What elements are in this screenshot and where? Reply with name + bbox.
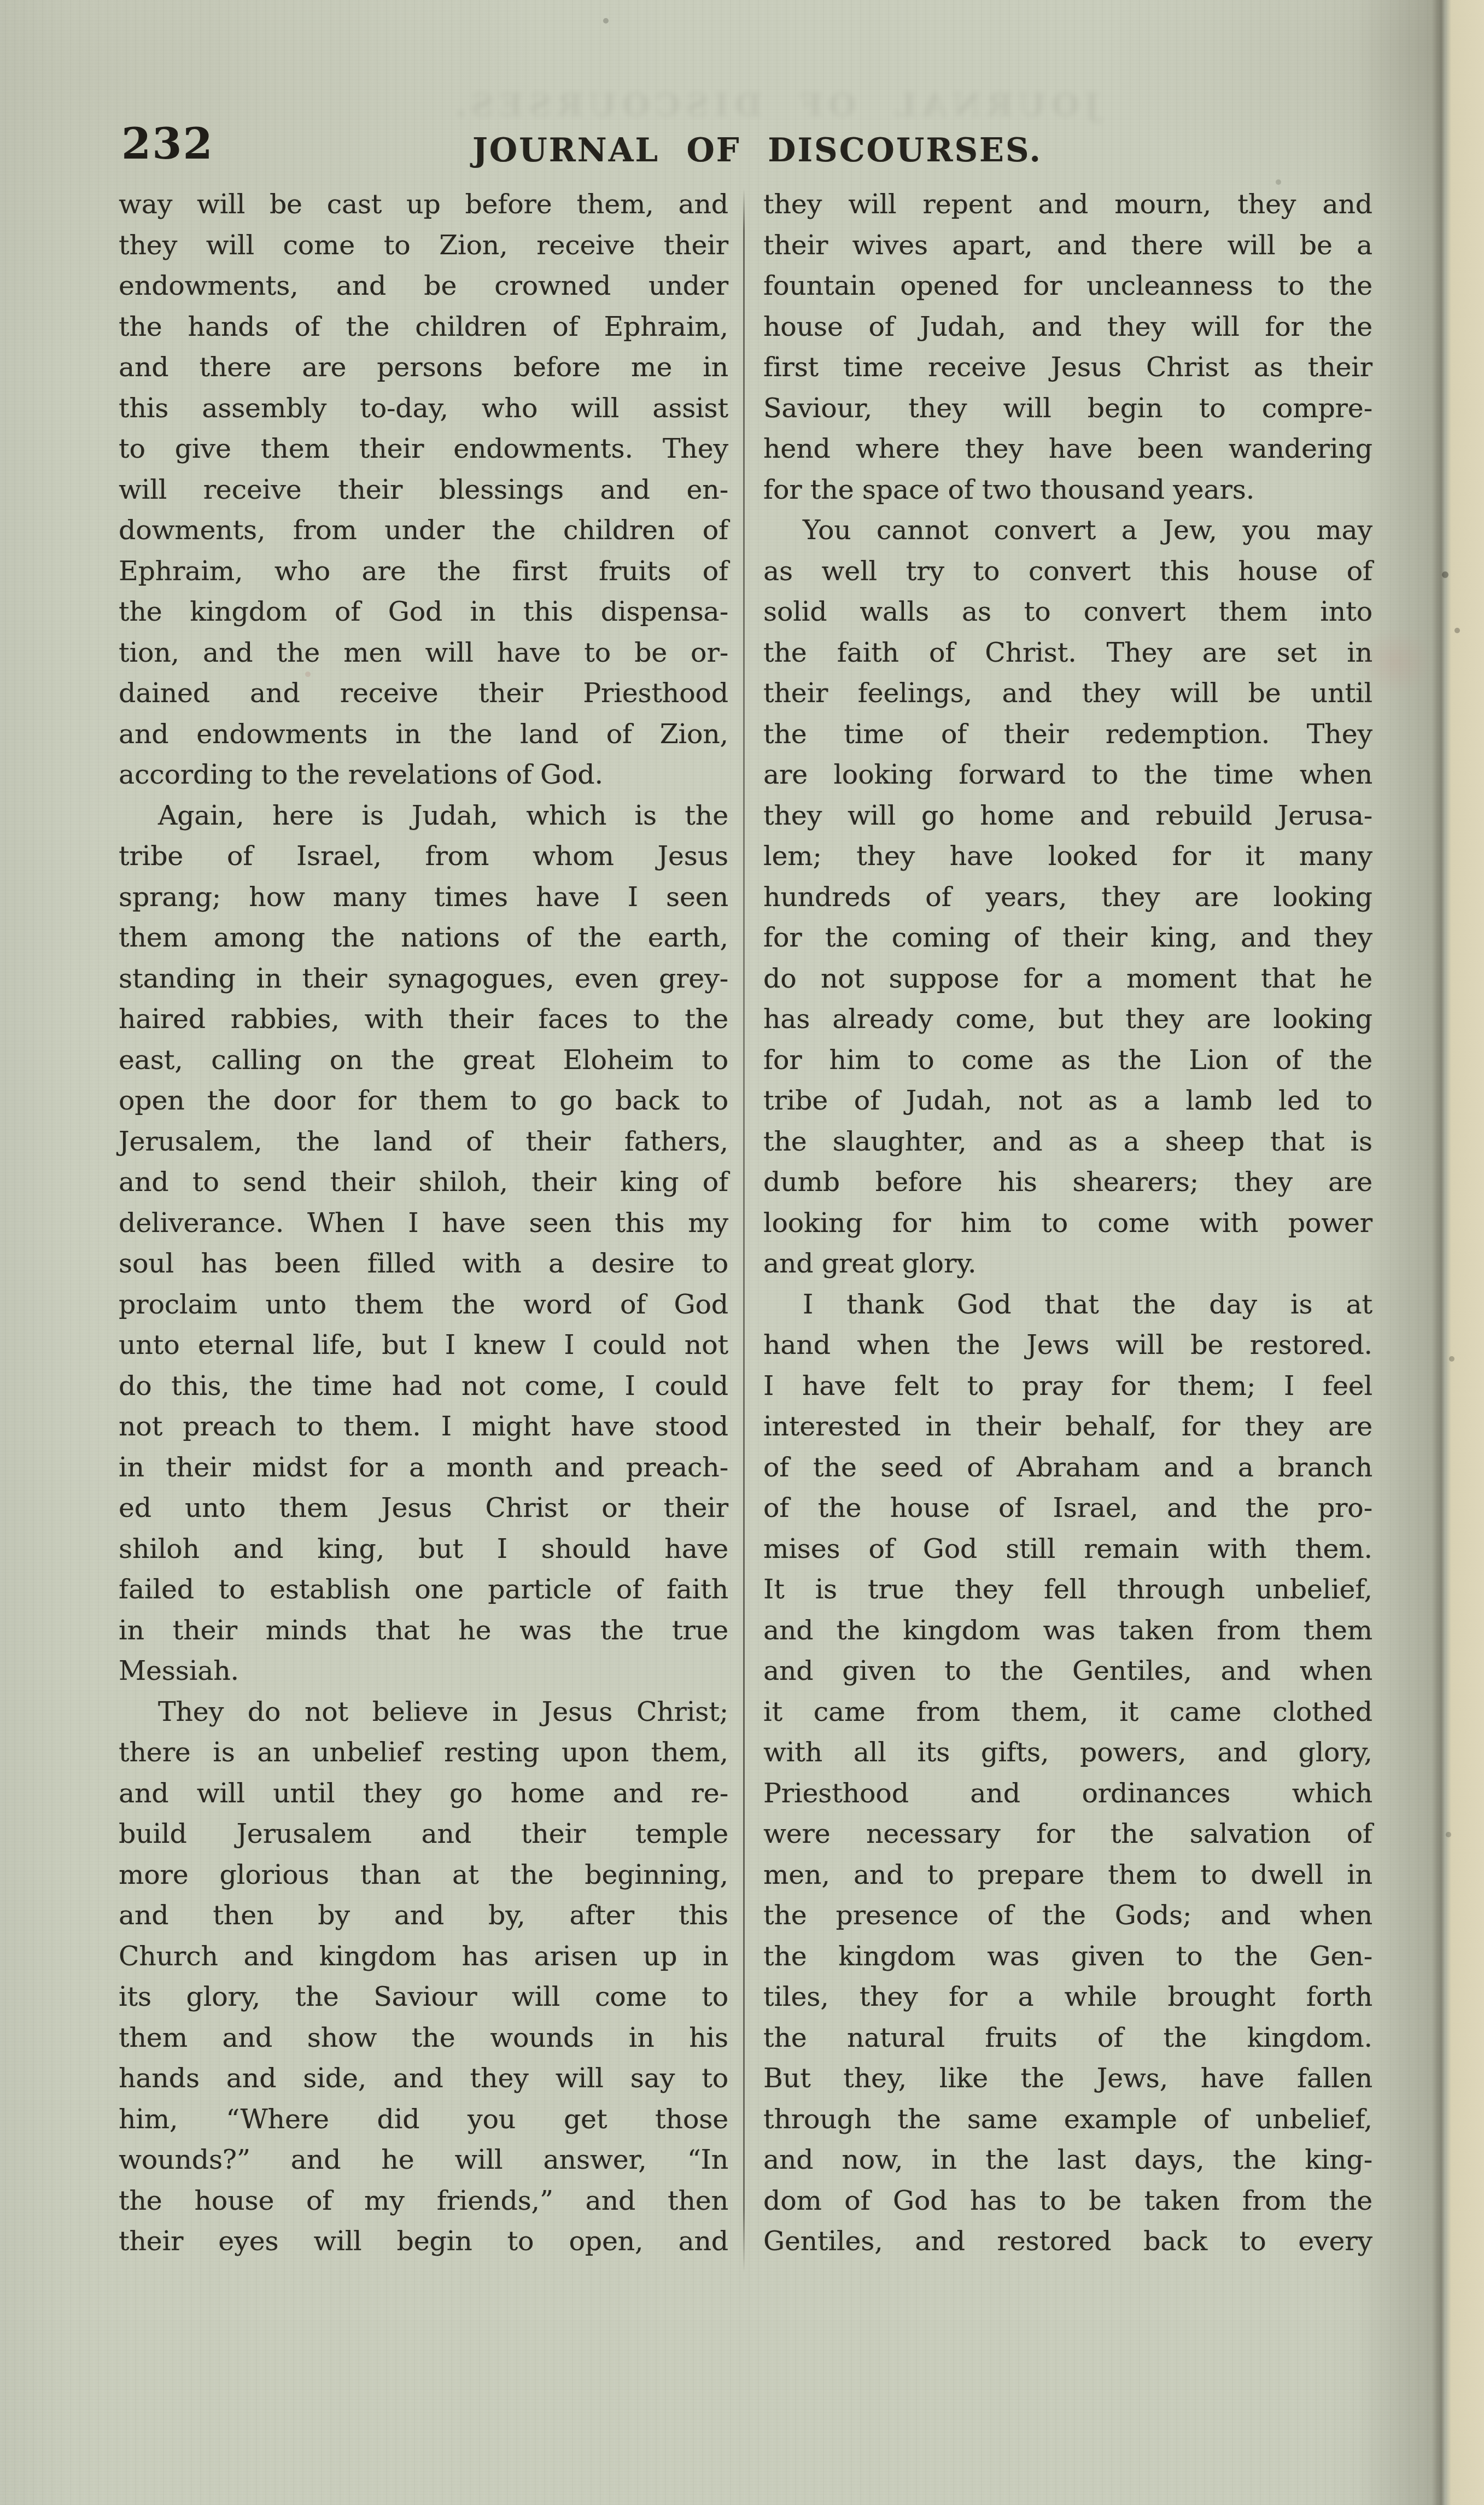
text-line: and will until they go home and re- <box>119 1773 728 1814</box>
page-right-edge-shadow <box>1358 0 1484 2505</box>
text-line: in their midst for a month and preach- <box>119 1447 728 1488</box>
text-line: Gentiles, and restored back to every <box>763 2221 1372 2262</box>
text-line: They do not believe in Jesus Christ; <box>119 1692 728 1733</box>
text-line: wounds?” and he will answer, “In <box>119 2140 728 2181</box>
text-line: this assembly to-day, who will assist <box>119 388 728 429</box>
text-line: of the seed of Abraham and a branch <box>763 1447 1372 1488</box>
text-line: they will repent and mourn, they and <box>763 184 1372 225</box>
text-line: the natural fruits of the kingdom. <box>763 2018 1372 2059</box>
text-line: fountain opened for uncleanness to the <box>763 266 1372 307</box>
text-line: hundreds of years, they are looking <box>763 877 1372 918</box>
text-line: first time receive Jesus Christ as their <box>763 347 1372 388</box>
text-line: were necessary for the salvation of <box>763 1814 1372 1855</box>
text-line: them and show the wounds in his <box>119 2018 728 2059</box>
text-line: Again, here is Judah, which is the <box>119 796 728 837</box>
text-line: unto eternal life, but I knew I could no… <box>119 1325 728 1366</box>
text-line: I have felt to pray for them; I feel <box>763 1366 1372 1407</box>
text-line: according to the revelations of God. <box>119 755 728 796</box>
text-line: failed to establish one particle of fait… <box>119 1569 728 1610</box>
text-line: and to send their shiloh, their king of <box>119 1162 728 1203</box>
text-line: for the space of two thousand years. <box>763 470 1372 511</box>
text-line: tribe of Judah, not as a lamb led to <box>763 1081 1372 1122</box>
text-line: them among the nations of the earth, <box>119 918 728 959</box>
text-line: But they, like the Jews, have fallen <box>763 2058 1372 2099</box>
text-line: Church and kingdom has arisen up in <box>119 1936 728 1977</box>
text-line: and endowments in the land of Zion, <box>119 714 728 755</box>
text-line: build Jerusalem and their temple <box>119 1814 728 1855</box>
text-line: they will come to Zion, receive their <box>119 225 728 266</box>
text-line: and there are persons before me in <box>119 347 728 388</box>
text-line: shiloh and king, but I should have <box>119 1529 728 1570</box>
text-line: soul has been filled with a desire to <box>119 1243 728 1284</box>
text-line: has already come, but they are looking <box>763 999 1372 1040</box>
text-line: hand when the Jews will be restored. <box>763 1325 1372 1366</box>
text-line: tiles, they for a while brought forth <box>763 1977 1372 2018</box>
text-line: standing in their synagogues, even grey- <box>119 959 728 1000</box>
text-line: the time of their redemption. They <box>763 714 1372 755</box>
text-line: its glory, the Saviour will come to <box>119 1977 728 2018</box>
text-line: do this, the time had not come, I could <box>119 1366 728 1407</box>
text-line: of the house of Israel, and the pro- <box>763 1488 1372 1529</box>
text-line: Priesthood and ordinances which <box>763 1773 1372 1814</box>
text-line: do not suppose for a moment that he <box>763 959 1372 1000</box>
text-column-left: way will be cast up before them, andthey… <box>119 184 728 2262</box>
text-line: open the door for them to go back to <box>119 1081 728 1122</box>
text-line: the house of my friends,” and then <box>119 2181 728 2222</box>
text-line: to give them their endowments. They <box>119 429 728 470</box>
text-line: tion, and the men will have to be or- <box>119 633 728 674</box>
text-line: with all its gifts, powers, and glory, <box>763 1732 1372 1773</box>
text-line: are looking forward to the time when <box>763 755 1372 796</box>
text-line: the faith of Christ. They are set in <box>763 633 1372 674</box>
ink-specks <box>0 0 3 3</box>
text-line: more glorious than at the beginning, <box>119 1855 728 1896</box>
text-line: Jerusalem, the land of their fathers, <box>119 1122 728 1163</box>
text-line: will receive their blessings and en- <box>119 470 728 511</box>
text-line: dom of God has to be taken from the <box>763 2181 1372 2222</box>
text-line: It is true they fell through unbelief, <box>763 1569 1372 1610</box>
text-line: haired rabbies, with their faces to the <box>119 999 728 1040</box>
paper-stain <box>1356 629 1433 694</box>
text-line: proclaim unto them the word of God <box>119 1284 728 1326</box>
text-line: as well try to convert this house of <box>763 551 1372 592</box>
text-line: endowments, and be crowned under <box>119 266 728 307</box>
text-line: it came from them, it came clothed <box>763 1692 1372 1733</box>
text-line: him, “Where did you get those <box>119 2099 728 2140</box>
text-line: Ephraim, who are the first fruits of <box>119 551 728 592</box>
text-line: and the kingdom was taken from them <box>763 1610 1372 1651</box>
text-line: You cannot convert a Jew, you may <box>763 510 1372 551</box>
text-line: the kingdom of God in this dispensa- <box>119 592 728 633</box>
text-line: deliverance. When I have seen this my <box>119 1203 728 1244</box>
text-line: I thank God that the day is at <box>763 1284 1372 1326</box>
text-line: lem; they have looked for it many <box>763 836 1372 877</box>
text-line: their eyes will begin to open, and <box>119 2221 728 2262</box>
text-line: ed unto them Jesus Christ or their <box>119 1488 728 1529</box>
text-line: sprang; how many times have I seen <box>119 877 728 918</box>
text-line: and now, in the last days, the king- <box>763 2140 1372 2181</box>
text-line: way will be cast up before them, and <box>119 184 728 225</box>
column-divider-rule <box>743 189 745 2272</box>
text-line: and given to the Gentiles, and when <box>763 1651 1372 1692</box>
text-line: tribe of Israel, from whom Jesus <box>119 836 728 877</box>
text-line: Messiah. <box>119 1651 728 1692</box>
text-line: the hands of the children of Ephraim, <box>119 307 728 348</box>
text-line: dowments, from under the children of <box>119 510 728 551</box>
text-line: house of Judah, and they will for the <box>763 307 1372 348</box>
text-line: in their minds that he was the true <box>119 1610 728 1651</box>
text-line: their wives apart, and there will be a <box>763 225 1372 266</box>
text-line: east, calling on the great Eloheim to <box>119 1040 728 1081</box>
text-line: hend where they have been wandering <box>763 429 1372 470</box>
text-line: men, and to prepare them to dwell in <box>763 1855 1372 1896</box>
text-line: for the coming of their king, and they <box>763 918 1372 959</box>
text-line: hands and side, and they will say to <box>119 2058 728 2099</box>
text-line: dumb before his shearers; they are <box>763 1162 1372 1203</box>
text-line: the slaughter, and as a sheep that is <box>763 1122 1372 1163</box>
text-line: Saviour, they will begin to compre- <box>763 388 1372 429</box>
text-line: the presence of the Gods; and when <box>763 1895 1372 1936</box>
text-line: their feelings, and they will be until <box>763 673 1372 714</box>
bleedthrough-ghost-text: JOURNAL OF DISCOURSES. <box>33 86 1484 124</box>
book-page: JOURNAL OF DISCOURSES. 232 JOURNAL OF DI… <box>0 0 1484 2505</box>
text-column-right: they will repent and mourn, they andthei… <box>763 184 1372 2262</box>
text-line: for him to come as the Lion of the <box>763 1040 1372 1081</box>
running-title: JOURNAL OF DISCOURSES. <box>0 131 1484 169</box>
text-line: through the same example of unbelief, <box>763 2099 1372 2140</box>
text-line: and great glory. <box>763 1243 1372 1284</box>
text-line: solid walls as to convert them into <box>763 592 1372 633</box>
text-line: they will go home and rebuild Jerusa- <box>763 796 1372 837</box>
text-line: interested in their behalf, for they are <box>763 1406 1372 1447</box>
text-line: there is an unbelief resting upon them, <box>119 1732 728 1773</box>
text-line: and then by and by, after this <box>119 1895 728 1936</box>
text-line: mises of God still remain with them. <box>763 1529 1372 1570</box>
text-line: not preach to them. I might have stood <box>119 1406 728 1447</box>
text-line: the kingdom was given to the Gen- <box>763 1936 1372 1977</box>
text-line: dained and receive their Priesthood <box>119 673 728 714</box>
text-line: looking for him to come with power <box>763 1203 1372 1244</box>
